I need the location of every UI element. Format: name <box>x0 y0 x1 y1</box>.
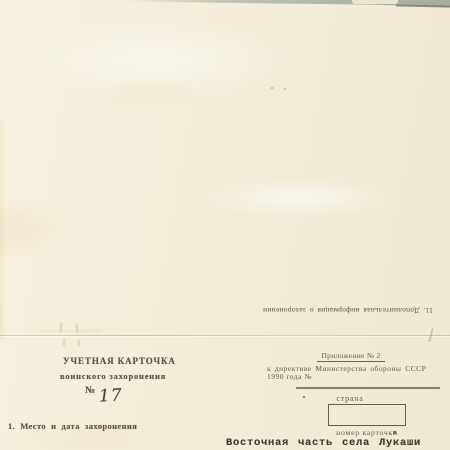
card-number-row: №17 <box>85 385 123 406</box>
pencil-smudge <box>40 330 102 332</box>
card-subtitle: воинского захоронения <box>60 371 170 381</box>
ink-dot <box>303 396 305 398</box>
paper-corner-tab <box>352 0 398 4</box>
fold-crease-highlight <box>0 336 450 337</box>
separator-line <box>296 387 440 389</box>
appendix-year-line: 1990 года № <box>267 372 312 381</box>
paper-edge-shading <box>0 120 6 340</box>
scanned-paper: 11. Дополнительная информация о захороне… <box>0 0 450 450</box>
country-label: страна <box>326 394 374 403</box>
card-number-box <box>328 404 406 426</box>
handwritten-card-number: 17 <box>99 385 124 406</box>
pencil-mark <box>78 340 80 346</box>
typewritten-burial-location: Восточная часть села Лукаши <box>226 437 421 449</box>
paper-speckle <box>284 88 286 90</box>
appendix-heading: Приложение № 2 <box>296 351 406 360</box>
pencil-mark <box>75 324 78 333</box>
paper-edge-shadow <box>396 4 450 7</box>
paper-speckle <box>271 87 273 89</box>
section-1-label: 1. Место и дата захоронения <box>8 421 137 431</box>
card-number-box-label: номер карточки <box>321 428 413 437</box>
ink-speck <box>393 431 396 434</box>
pencil-mark <box>63 339 65 346</box>
card-title: УЧЕТНАЯ КАРТОЧКА <box>63 356 163 366</box>
upside-down-back-caption: 11. Дополнительная информация о захороне… <box>227 302 433 315</box>
appendix-heading-text: Приложение № 2 <box>317 351 384 362</box>
numero-sign: № <box>85 385 95 396</box>
